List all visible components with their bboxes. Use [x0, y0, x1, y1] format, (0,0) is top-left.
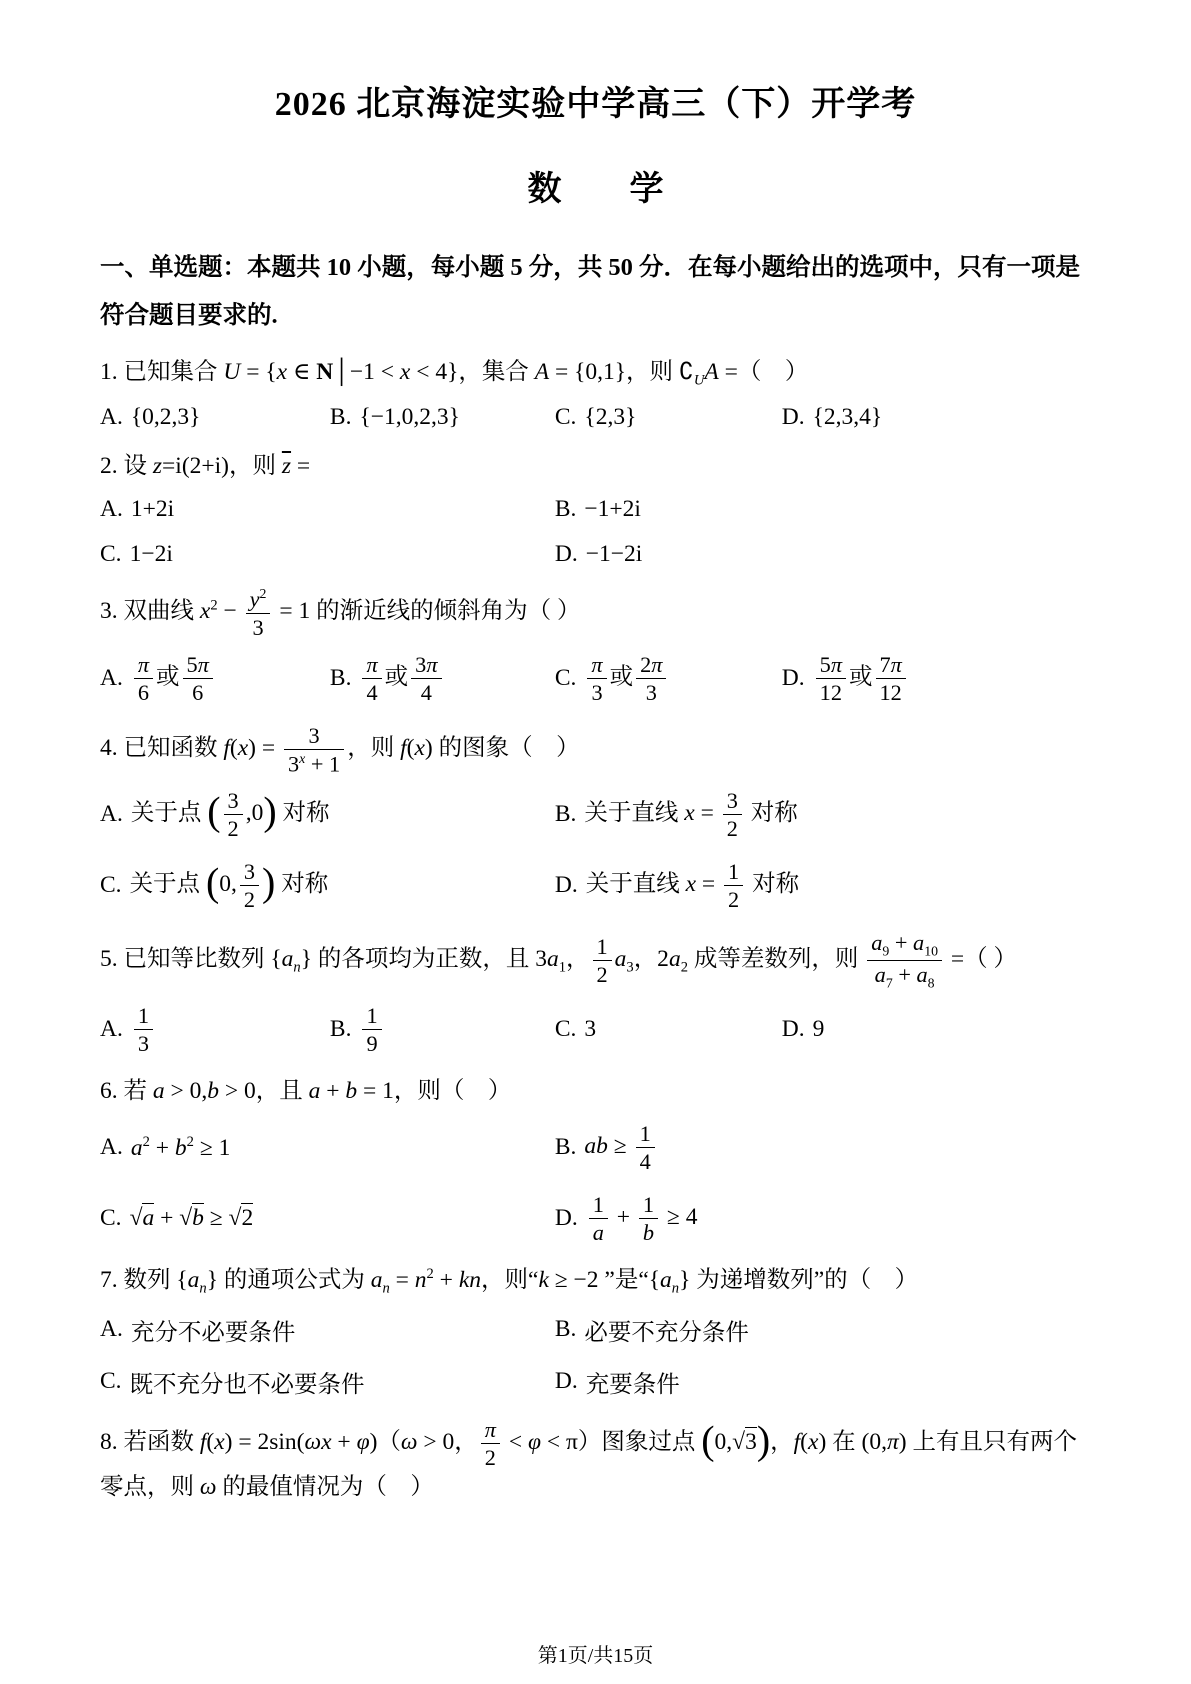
option-text: 既不充分也不必要条件	[130, 1365, 365, 1399]
option-a: A.1+2i	[100, 493, 555, 526]
question-4-stem: 4. 已知函数 f(x) = 33x + 1，则 f(x) 的图象（ ）	[100, 723, 1091, 776]
option-d: D.1a + 1b ≥ 4	[555, 1189, 1091, 1248]
question-5: 5. 已知等比数列 {an} 的各项均为正数，且 3a1，12a3，2a2 成等…	[100, 930, 1091, 1059]
exam-subject: 数 学	[100, 161, 1091, 210]
question-1-options: A.{0,2,3} B.{−1,0,2,3} C.{2,3} D.{2,3,4}	[100, 401, 1091, 434]
question-8: 8. 若函数 f(x) = 2sin(ωx + φ)（ω > 0，π2 < φ …	[100, 1417, 1091, 1505]
option-text: 1a + 1b ≥ 4	[586, 1192, 698, 1245]
option-label: A.	[100, 1316, 123, 1343]
option-label: D.	[782, 404, 805, 431]
option-label: A.	[100, 1134, 123, 1161]
question-3-options: A.π6或5π6 B.π4或3π4 C.π3或2π3 D.5π12或7π12	[100, 649, 1091, 708]
option-label: B.	[555, 496, 577, 523]
question-2-stem: 2. 设 z=i(2+i)，则 z =	[100, 449, 1091, 484]
option-text: {2,3,4}	[813, 404, 883, 431]
question-6-options: A.a2 + b2 ≥ 1 B.ab ≥ 14 C.√a + √b ≥ √2 D…	[100, 1118, 1091, 1248]
option-c: C.√a + √b ≥ √2	[100, 1202, 555, 1235]
option-label: B.	[555, 1134, 577, 1161]
option-c: C.关于点 (0,32) 对称	[100, 856, 555, 915]
page-number: 第1页/共15页	[0, 1639, 1191, 1668]
option-text: 充要条件	[586, 1365, 680, 1399]
option-label: D.	[555, 541, 578, 568]
option-text: 关于直线 x = 12 对称	[586, 859, 799, 912]
option-c: C.{2,3}	[555, 401, 782, 434]
question-3: 3. 双曲线 x2 − y23 = 1 的渐近线的倾斜角为（ ） A.π6或5π…	[100, 586, 1091, 707]
option-label: C.	[555, 665, 577, 692]
section-header: 一、单选题：本题共 10 小题，每小题 5 分，共 50 分．在每小题给出的选项…	[100, 244, 1091, 340]
option-d: D.关于直线 x = 12 对称	[555, 856, 1091, 915]
option-d: D.充要条件	[555, 1362, 1091, 1402]
option-label: A.	[100, 1016, 123, 1043]
option-text: 19	[359, 1003, 384, 1056]
option-text: {0,2,3}	[131, 404, 201, 431]
option-label: D.	[555, 1205, 578, 1232]
question-8-stem: 8. 若函数 f(x) = 2sin(ωx + φ)（ω > 0，π2 < φ …	[100, 1417, 1091, 1505]
option-text: −1+2i	[584, 496, 641, 523]
option-d: D.9	[782, 1013, 1091, 1046]
exam-page: 2026 北京海淀实验中学高三（下）开学考 数 学 一、单选题：本题共 10 小…	[0, 0, 1191, 1684]
option-text: 9	[813, 1016, 825, 1043]
question-2: 2. 设 z=i(2+i)，则 z = A.1+2i B.−1+2i C.1−2…	[100, 449, 1091, 571]
option-c: C.既不充分也不必要条件	[100, 1362, 555, 1402]
exam-title: 2026 北京海淀实验中学高三（下）开学考	[100, 76, 1091, 125]
question-7-stem: 7. 数列 {an} 的通项公式为 an = n2 + kn，则“k ≥ −2 …	[100, 1263, 1091, 1301]
option-text: −1−2i	[586, 541, 643, 568]
option-c: C.π3或2π3	[555, 649, 782, 708]
option-b: B.ab ≥ 14	[555, 1118, 1091, 1177]
option-label: D.	[555, 1368, 578, 1395]
option-label: B.	[555, 1316, 577, 1343]
question-6-stem: 6. 若 a > 0,b > 0，且 a + b = 1，则（ ）	[100, 1074, 1091, 1109]
question-4-options: A.关于点 (32,0) 对称 B.关于直线 x = 32 对称 C.关于点 (…	[100, 785, 1091, 915]
option-label: C.	[100, 541, 122, 568]
option-label: A.	[100, 496, 123, 523]
question-1-stem: 1. 已知集合 U = {x ∈ N│−1 < x < 4}，集合 A = {0…	[100, 355, 1091, 393]
question-7-options: A.充分不必要条件 B.必要不充分条件 C.既不充分也不必要条件 D.充要条件	[100, 1310, 1091, 1402]
question-5-options: A.13 B.19 C.3 D.9	[100, 1000, 1091, 1059]
option-b: B.19	[330, 1000, 555, 1059]
option-label: D.	[782, 665, 805, 692]
option-b: B.π4或3π4	[330, 649, 555, 708]
option-label: B.	[330, 404, 352, 431]
option-text: π4或3π4	[359, 652, 444, 705]
option-label: C.	[100, 872, 122, 899]
option-label: C.	[555, 404, 577, 431]
option-label: D.	[782, 1016, 805, 1043]
option-b: B.关于直线 x = 32 对称	[555, 785, 1091, 844]
option-label: A.	[100, 801, 123, 828]
option-label: B.	[330, 1016, 352, 1043]
option-text: 1+2i	[131, 496, 174, 523]
question-3-stem: 3. 双曲线 x2 − y23 = 1 的渐近线的倾斜角为（ ）	[100, 586, 1091, 639]
option-d: D.−1−2i	[555, 538, 1091, 571]
option-text: π6或5π6	[131, 652, 216, 705]
option-text: 关于直线 x = 32 对称	[584, 788, 797, 841]
option-d: D.{2,3,4}	[782, 401, 1091, 434]
question-6: 6. 若 a > 0,b > 0，且 a + b = 1，则（ ） A.a2 +…	[100, 1074, 1091, 1248]
option-text: 必要不充分条件	[584, 1313, 749, 1347]
option-c: C.3	[555, 1013, 782, 1046]
option-d: D.5π12或7π12	[782, 649, 1091, 708]
option-text: π3或2π3	[584, 652, 669, 705]
option-a: A.{0,2,3}	[100, 401, 330, 434]
option-text: 充分不必要条件	[131, 1313, 296, 1347]
option-label: A.	[100, 404, 123, 431]
option-label: C.	[555, 1016, 577, 1043]
option-b: B.{−1,0,2,3}	[330, 401, 555, 434]
option-text: {−1,0,2,3}	[359, 404, 459, 431]
option-text: 5π12或7π12	[813, 652, 909, 705]
question-5-stem: 5. 已知等比数列 {an} 的各项均为正数，且 3a1，12a3，2a2 成等…	[100, 930, 1091, 991]
option-a: A.13	[100, 1000, 330, 1059]
option-text: 关于点 (0,32) 对称	[130, 859, 329, 912]
question-4: 4. 已知函数 f(x) = 33x + 1，则 f(x) 的图象（ ） A.关…	[100, 723, 1091, 915]
option-text: a2 + b2 ≥ 1	[131, 1134, 230, 1162]
question-2-options: A.1+2i B.−1+2i C.1−2i D.−1−2i	[100, 493, 1091, 571]
option-a: A.π6或5π6	[100, 649, 330, 708]
option-label: C.	[100, 1368, 122, 1395]
option-text: 13	[131, 1003, 156, 1056]
option-text: 关于点 (32,0) 对称	[131, 788, 330, 841]
option-text: {2,3}	[584, 404, 636, 431]
option-c: C.1−2i	[100, 538, 555, 571]
option-b: B.必要不充分条件	[555, 1310, 1091, 1350]
option-label: B.	[330, 665, 352, 692]
option-label: A.	[100, 665, 123, 692]
option-text: 3	[584, 1016, 596, 1043]
option-b: B.−1+2i	[555, 493, 1091, 526]
option-text: √a + √b ≥ √2	[130, 1205, 254, 1232]
option-text: 1−2i	[130, 541, 173, 568]
question-7: 7. 数列 {an} 的通项公式为 an = n2 + kn，则“k ≥ −2 …	[100, 1263, 1091, 1402]
option-a: A.关于点 (32,0) 对称	[100, 785, 555, 844]
option-a: A.充分不必要条件	[100, 1310, 555, 1350]
option-a: A.a2 + b2 ≥ 1	[100, 1131, 555, 1165]
option-text: ab ≥ 14	[584, 1121, 657, 1174]
option-label: C.	[100, 1205, 122, 1232]
question-1: 1. 已知集合 U = {x ∈ N│−1 < x < 4}，集合 A = {0…	[100, 355, 1091, 435]
option-label: B.	[555, 801, 577, 828]
option-label: D.	[555, 872, 578, 899]
